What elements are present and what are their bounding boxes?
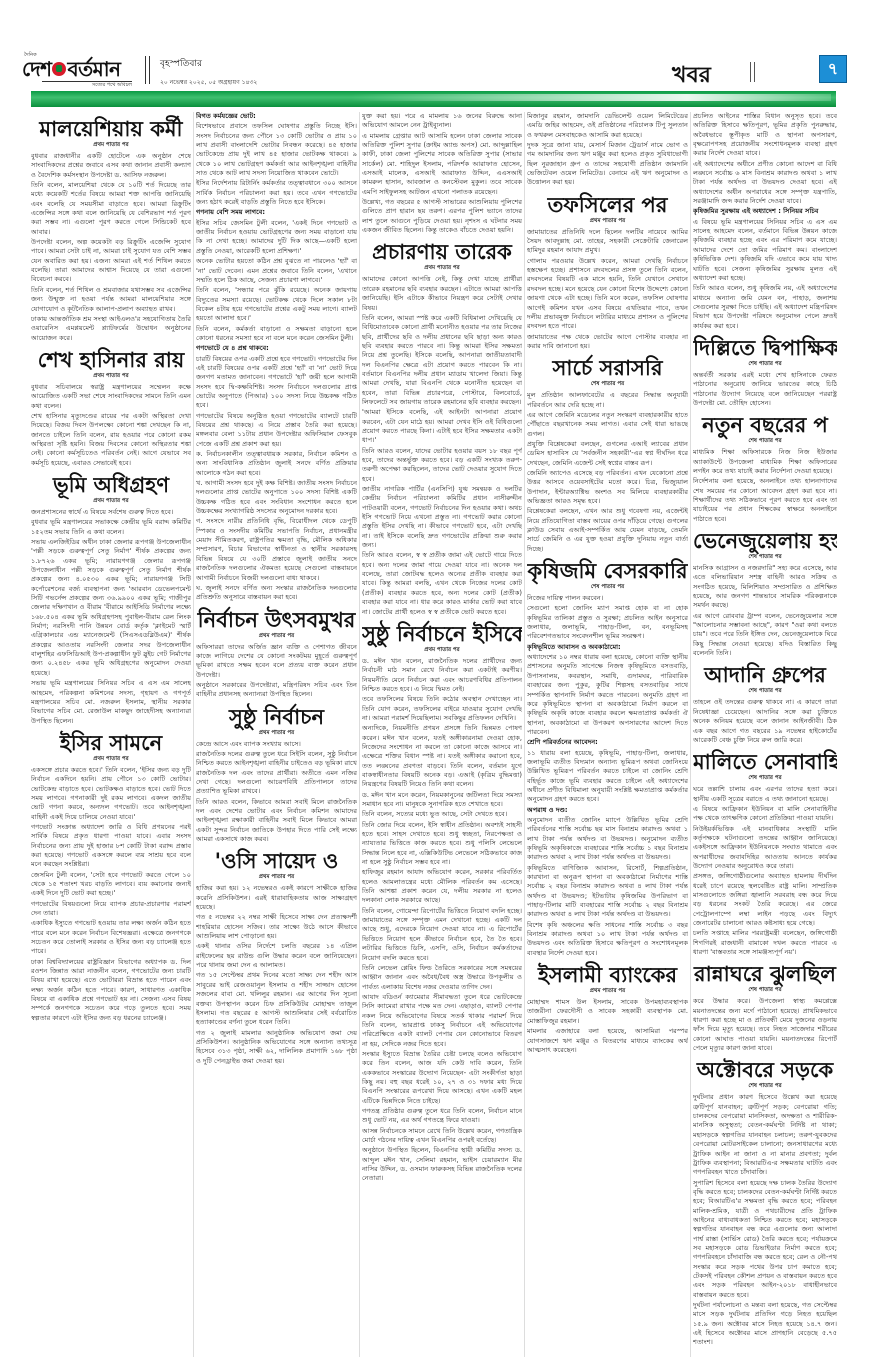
- bangladesh-map-emblem-icon: [52, 62, 66, 76]
- paragraph: তিনি জোর দিয়ে বলেন, ইসি স্বাধীন প্রতিষ্…: [362, 821, 522, 868]
- paragraph: তিনি বলেন, সত্যের মধ্যে ভুত আছে, সেটা দে…: [362, 810, 522, 819]
- paragraph: উল্লেখ্য, গত বছরের ৫ আগস্ট সাভারের আশুলি…: [362, 198, 522, 235]
- article-mali: মালিতে সেনাবাহিনীর শেষ পাতার পর ঘরে তল্ল…: [693, 749, 837, 957]
- continued-label: প্রথম পাতার পর: [527, 218, 688, 226]
- column-divider: [690, 112, 691, 1357]
- article-schedule: তফসিলের পর প্রথম পাতার পর জামায়াতের প্র…: [527, 192, 688, 351]
- paragraph: প্রসঙ্গত, জঙ্গিগোষ্ঠীগুলোর অব্যাহত হামলা…: [693, 872, 837, 928]
- header-green-band: [31, 91, 836, 107]
- subheading: শ্রেণি পরিবর্তনের আবেদন:: [527, 738, 688, 747]
- paragraph: অন্যদিকে, নিয়মনীতি প্রণয়ন প্রসঙ্গে তিন…: [362, 724, 522, 789]
- paragraph: জামায়াতের প্রতিনিধি দলে ছিলেন দলটির নায…: [527, 228, 688, 256]
- paragraph: গণতন্ত্র প্রতিষ্ঠার গুরুত্ব তুলে ধরে তিন…: [362, 1107, 522, 1126]
- article-agri-land: কৃষিজমি বেসরকারি শেষ পাতার পর নিজের দায়…: [527, 558, 688, 958]
- article-loan-case-continued: মিজানুর রহমান, জামদানি ডেভিলেন্ট ওয়েল ল…: [527, 112, 688, 188]
- article-tarek-campaign: প্রচারণায় তারেক প্রথম পাতার পর আমাদের ক…: [362, 239, 522, 616]
- paragraph: কৃষিভূমিতে বাণিজ্যিক আবাসন, রিসোর্ট, শিল…: [527, 864, 688, 920]
- headline: অক্টোবরে সড়কে: [693, 1057, 837, 1082]
- paragraph: আমাদের কোনো আপত্তি নেই, কিন্তু দেখা যাচ্…: [362, 275, 522, 312]
- paragraph: চারটি বিষয়ের ওপর একটি প্রশ্নে হবে গণভোট…: [196, 355, 357, 411]
- paragraph: ইসির সচিব জেসমিন টুলী বলেন, 'একই দিনে গণ…: [196, 219, 357, 256]
- headline: ইসির সামনে: [31, 730, 191, 755]
- paragraph: অনুষ্ঠানে উপস্থিত ছিলেন, বিএনপির স্থায়ী…: [362, 1146, 522, 1183]
- subheading: অপরাধ ও দণ্ড:: [527, 806, 688, 815]
- paragraph: ইসির নির্দেশনায় রিটার্নিং কর্মকর্তার তত…: [196, 179, 357, 207]
- paragraph: উপদেষ্টা বলেন, অল্প কয়েকটা বড় রিক্রুটি…: [31, 238, 191, 285]
- continued-label: প্রথম পাতার পর: [362, 265, 522, 273]
- continued-label: শেষ পাতার পর: [693, 987, 837, 995]
- continued-label: প্রথম পাতার পর: [31, 373, 191, 381]
- article-delhi-bilateral: দিল্লিতে দ্বিপাক্ষিক শেষ পাতার পর অন্তর্…: [693, 335, 837, 408]
- date: ২০ নভেম্বর ২০২৫, ০৫ অগ্রহায়ণ ১৪৩২: [160, 77, 257, 88]
- headline: প্রচারণায় তারেক: [362, 239, 522, 264]
- paragraph: অনুষ্ঠানে সরকারের উপদেষ্টারা, মন্ত্রিপরি…: [196, 681, 357, 700]
- paragraph: একাধিক ইস্যুতে গণভোট হওয়ায় তার লক্ষ্য …: [31, 919, 191, 956]
- paragraph: অনুমোদন ব্যতীত জোনিং ম্যাপে উল্লিখিত ভূম…: [527, 816, 688, 863]
- paragraph: তিনি বলেন, 'সন্ধ্যার পরে ঝুঁকি রয়েছে। অ…: [196, 286, 357, 323]
- section-divider: [750, 62, 755, 82]
- paragraph: ঘ. জুলাই সনদে বর্ণিত অন্য সংস্কার রাজনৈত…: [196, 584, 357, 603]
- headline: কৃষিজমি বেসরকারি: [527, 558, 688, 583]
- paragraph: আসন্ন নির্বাচনকে সামনে রেখে তিনি উল্লেখ …: [362, 1127, 522, 1146]
- article-islami-bank: ইসলামী ব্যাংকের প্রথম পাতার পর মোহাম্মদ …: [527, 962, 688, 1055]
- article-ec-front: ইসির সামনে প্রথম পাতার পর একসঙ্গে প্রচার…: [31, 730, 191, 1023]
- paragraph: তিনি বলেন, কর্মকর্তা বাড়ানো ও সক্ষমতা ব…: [196, 325, 357, 344]
- paragraph: বুধবার রাজধানীর একটি হোটেলে এক অনুষ্ঠান …: [31, 152, 191, 180]
- continued-label: প্রথম পাতার পর: [31, 756, 191, 764]
- paragraph: তিনি লেভেল প্লেয়িং ফিল্ড তৈরিতে সরকারের…: [362, 964, 522, 992]
- paragraph: প্রযুক্তি বিশ্লেষকেরা বলছেন, গুগলের এআই …: [527, 440, 688, 468]
- continued-label: শেষ পাতার পর: [693, 361, 837, 369]
- paragraph: অন্তর্বর্তী সরকার এরই মধ্যে শেখ হাসিনাকে…: [693, 371, 837, 408]
- article-fair-election: সুষ্ঠু নির্বাচন প্রথম পাতার পর কেন্দ্রে …: [196, 704, 357, 845]
- headline: 'ওসি সায়েদ ও: [196, 848, 357, 873]
- continued-label: প্রথম পাতার পর: [196, 633, 357, 641]
- article-venezuela: ভেনেজুয়েলায় হস্তক্ষেপ শেষ পাতার পর মান…: [693, 528, 837, 658]
- page-number-badge: ৭: [819, 55, 847, 83]
- article-malaysia-workers: মালয়েশিয়ায় কর্মী প্রথম পাতার পর বুধবা…: [31, 116, 191, 343]
- paragraph: মোহাম্মদ শামস উল ইসলাম, সাবেক উপমহাব্যবস…: [527, 998, 688, 1026]
- paragraph: কেন্দ্রে আসে এবং ব্যাপক সংখ্যায় আসে।: [196, 740, 357, 749]
- paragraph: এর আগে জেমিনি মডেলের নতুন সংস্করণ ব্যবহা…: [527, 411, 688, 439]
- paragraph: ড. মঈন খান বলেন, রাজনৈতিক দলের প্রার্থীদ…: [362, 657, 522, 694]
- masthead-divider: [145, 56, 150, 84]
- paragraph: খ. আগামী সংসদ হবে দুই কক্ষ বিশিষ্ট। জাতী…: [196, 479, 357, 516]
- continued-label: প্রথম পাতার পর: [362, 647, 522, 655]
- article-kitchen: রান্নাঘরে ঝুলছিল শেষ পাতার পর করে উদ্ধার…: [693, 961, 837, 1053]
- subheading: গণনায় বেশি সময় লাগবে:: [196, 208, 357, 217]
- paragraph: তিনি আরও বলেন, যাদের ভোটার হওয়ার বয়স ১…: [362, 447, 522, 484]
- article-october-roads: অক্টোবরে সড়কে শেষ পাতার পর দুর্ঘটনার প্…: [693, 1057, 837, 1347]
- headline: নতুন বছরের প: [693, 412, 837, 437]
- paragraph: এই অধ্যাদেশের অধীনে প্রণীত কোনো আদেশ বা …: [693, 160, 837, 207]
- continued-label: প্রথম পাতার পর: [31, 498, 191, 506]
- subheading: গণভোটে যে ৪ প্রশ্ন থাকবে:: [196, 344, 357, 353]
- paragraph: ১১ ধারায় বলা হয়েছে, কৃষিভূমি, পাহাড়-ট…: [527, 749, 688, 805]
- subheading: বিগত কর্মযজ্ঞের ভোট:: [196, 112, 357, 121]
- continued-label: প্রথম পাতার পর: [196, 730, 357, 738]
- headline: মালিতে সেনাবাহিনীর: [693, 749, 837, 774]
- paragraph: দুদক সূত্রে জানা যায়, মেসার্স মিজান ট্র…: [527, 141, 688, 188]
- paragraph: বুধবার ভূমি মন্ত্রণালয়ের সভাকক্ষে কেন্দ…: [31, 518, 191, 537]
- continued-label: প্রথম পাতার পর: [527, 988, 688, 996]
- paragraph: ঢাকায় আন্তর্জাতিক শ্রম সংস্থা আইএলও'র স…: [31, 315, 191, 343]
- paragraph: দুর্ঘটনা পর্যালোচনা ও মন্তব্য বলা হয়েছে…: [693, 1301, 837, 1348]
- paragraph: এ মামলায় গ্রেপ্তার আট আসামি হলেন ঢাকা জ…: [362, 132, 522, 197]
- paragraph: 'আমরা ইসিকে বলেছি, এই আইনটা আপনারা প্রয়…: [362, 408, 522, 445]
- headline: তফসিলের পর: [527, 192, 688, 217]
- paragraph: মামলার এজাহারে বলা হয়েছে, আসামিরা পরস্প…: [527, 1027, 688, 1055]
- paragraph: জেসমিন টুলী বলেন, 'সেটা হবে গণভোট করতে গ…: [31, 871, 191, 899]
- paragraph: এ বিষয়ে ভূমি মন্ত্রণালয়ের সিনিয়র সচিব…: [693, 218, 837, 283]
- paragraph: একসঙ্গে প্রচার করতে হবে।' তিনি বলেন, 'ইস…: [31, 766, 191, 822]
- paragraph: এ বিষয়ে আফ্রিকান ইউনিয়ন বা মালি সেনাবা…: [693, 805, 837, 824]
- headline: নির্বাচন উৎসবমুখর: [196, 607, 357, 632]
- column-divider: [193, 112, 194, 1357]
- masthead: দৈনিক দেশবর্তমান সত্যের পথে অবিচল বৃহস্প…: [22, 52, 864, 88]
- dateline: বৃহস্পতিবার ২০ নভেম্বর ২০২৫, ০৫ অগ্রহায়…: [160, 56, 257, 88]
- paragraph: নিউইয়র্কভিত্তিক এই মানবাধিকার সংস্থাটি …: [693, 825, 837, 872]
- paragraph: গত ২ জুলাই মামলার আনুষ্ঠানিক অভিযোগ জমা …: [196, 1029, 357, 1066]
- paragraph: ঘরে তল্লাশি চালায় এবং এরপর তাদের হত্যা …: [693, 785, 837, 804]
- section-title: খবর: [672, 58, 711, 95]
- paragraph: অনেক ভোটার হয়তো কঠিন প্রশ্ন বুঝতে না পা…: [196, 257, 357, 285]
- paragraph: দুর্ঘটনার প্রধান কারণ হিসেবে উল্লেখ করা …: [693, 1093, 837, 1177]
- paragraph: তিনি বলেন, শর্ত শিথিল ও শ্রমবাজার যথাসম্…: [31, 286, 191, 314]
- paragraph: বুধবার সচিবালয়ে স্বরাষ্ট্র মন্ত্রণালয়ে…: [31, 383, 191, 411]
- column-4: মিজানুর রহমান, জামদানি ডেভিলেন্ট ওয়েল ল…: [527, 112, 688, 1357]
- paragraph: মূল প্রতিষ্ঠান আলফাবেটের এ বছরের সিদ্ধান…: [527, 391, 688, 410]
- headline: শেখ হাসিনার রায়: [31, 347, 191, 372]
- article-sheikh-hasina-verdict: শেখ হাসিনার রায় প্রথম পাতার পর বুধবার স…: [31, 347, 191, 468]
- paragraph: করে উদ্ধার করে। উপজেলা স্বাস্থ্য কমপ্লেক…: [693, 997, 837, 1053]
- headline: সুষ্ঠু নির্বাচন: [196, 704, 357, 729]
- paragraph: একই থানার ওসির নির্দেশে চলতি বছরের ১৪ এপ…: [196, 942, 357, 970]
- paper-name-part1: দেশ: [22, 57, 51, 81]
- article-ordinance-continued: প্রচলিত আইনের শাস্তির বিধান অনুসৃত হবে। …: [693, 112, 837, 331]
- paragraph: মানসিক আগ্রাসন ও নজরদারি" সহ্য করে এসেছে…: [693, 564, 837, 611]
- paragraph: তিনি আরও বলেন, কিভাবে আমরা সবাই মিলে রাজ…: [196, 798, 357, 845]
- paragraph: গণভোটের বিষয়গুলো নিয়ে ব্যাপক প্রচার-প্…: [31, 900, 191, 919]
- tagline: সত্যের পথে অবিচল: [42, 81, 132, 88]
- continued-label: শেষ পাতার পর: [693, 554, 837, 562]
- paragraph: ক. নির্বাচনকালীন তত্ত্বাবধায়ক সরকার, নি…: [196, 450, 357, 478]
- headline: ভূমি অধিগ্রহণ: [31, 472, 191, 497]
- paragraph: তবে তফসিলের বিষয়ে তিনি কঠোর অবস্থান দেখ…: [362, 695, 522, 723]
- headline: আদানি গ্রুপের: [693, 662, 837, 687]
- paragraph: গত ১৫ সেপ্টেম্বর প্রথম দিনের মতো সাক্ষ্য…: [196, 971, 357, 1027]
- paragraph: নিজের দায়িত্ব পালন করবেন।: [527, 594, 688, 603]
- paragraph: হাজির করা হয়। ১২ নভেম্বরও একই কারণে সাক…: [196, 884, 357, 912]
- column-1: মালয়েশিয়ায় কর্মী প্রথম পাতার পর বুধবা…: [31, 112, 191, 1357]
- article-new-year: নতুন বছরের প শেষ পাতার পর মাধ্যমিক শিক্ষ…: [693, 412, 837, 524]
- article-adani: আদানি গ্রুপের শেষ পাতার পর তাহলে ওই তদন্…: [693, 662, 837, 745]
- paragraph: মিজানুর রহমান, জামদানি ডেভিলেন্ট ওয়েল ল…: [527, 112, 688, 140]
- paragraph: সংস্কার ইস্যুতে বিভ্রান্ত তৈরির চেষ্টা চ…: [362, 1050, 522, 1106]
- article-search-direct: সার্চে সরাসরি শেষ পাতার পর মূল প্রতিষ্ঠা…: [527, 355, 688, 554]
- paragraph: গ. সংসদে নারীর প্রতিনিধি বৃদ্ধি, বিরোধীদ…: [196, 517, 357, 582]
- paragraph: বিশেষভাবে প্রবাসে তফসিল ঘোষণার প্রস্তুতি…: [196, 122, 357, 178]
- continued-label: প্রথম পাতার পর: [196, 874, 357, 882]
- subheading: কৃষিভূমিতে আবাসন ও অবকাঠামো:: [527, 643, 688, 652]
- paragraph: সেগুলো হলো জোনিং ম্যাপ সমাপ্ত হোক বা না …: [527, 604, 688, 641]
- continued-label: শেষ পাতার পর: [693, 1083, 837, 1091]
- headline: রান্নাঘরে ঝুলছিল: [693, 961, 837, 986]
- paper-name-part2: বর্তমান: [67, 57, 120, 81]
- column-5: প্রচলিত আইনের শাস্তির বিধান অনুসৃত হবে। …: [693, 112, 837, 1357]
- paragraph: তিনি বলেন, আমরা স্পষ্ট করে একটি বিধিমালা…: [362, 314, 522, 407]
- paragraph: চলতি সপ্তাহে মালির পররাষ্ট্রমন্ত্রী বলেছ…: [693, 929, 837, 957]
- column-divider: [524, 112, 525, 1357]
- paragraph: ড. মঈন খান মনে করেন, নিয়মকানুনের জটিলতা…: [362, 791, 522, 810]
- paragraph: নির্দেশনায় বলা হয়েছে, অনলাইনে তথ্য হাল…: [693, 477, 837, 524]
- headline: মালয়েশিয়ায় কর্মী: [31, 116, 191, 141]
- paragraph: এর আগে রোববার ট্রাম্প বলেন, ভেনেজুয়েলার…: [693, 612, 837, 659]
- column-2: বিগত কর্মযজ্ঞের ভোট: বিশেষভাবে প্রবাসে ত…: [196, 112, 357, 1357]
- paragraph: হাফিজুর রহমান আযাদ অভিযোগ করেন, সরকার পর…: [362, 868, 522, 905]
- newspaper-logo: দৈনিক দেশবর্তমান সত্যের পথে অবিচল: [22, 52, 142, 88]
- headline: দিল্লিতে দ্বিপাক্ষিক: [693, 335, 837, 360]
- headline: সার্চে সরাসরি: [527, 355, 688, 380]
- paragraph: সভায় এলজিইডির অধীন ঢাকা জেলার রূপগঞ্জ উ…: [31, 538, 191, 678]
- paragraph: জাতীয় নাগরিক পার্টির (এনসিপি) যুগ্ম সমন…: [362, 485, 522, 550]
- paragraph: সুপারিশ হিসেবে বলা হয়েছে দক্ষ চালক তৈরি…: [693, 1179, 837, 1300]
- paragraph: প্রচলিত আইনের শাস্তির বিধান অনুসৃত হবে। …: [693, 112, 837, 159]
- paragraph: জনপ্রশাসনের স্বার্থে এ বিষয়ে সর্বশেষ গু…: [31, 508, 191, 517]
- paragraph: শেখ হাসিনার মৃত্যুদণ্ডের রায়ের পর একটা …: [31, 412, 191, 468]
- subheading: কৃষিজমির সুরক্ষায় এই অধ্যাদেশ : সিনিয়র…: [693, 207, 837, 216]
- paragraph: ঢাকা বিশ্ববিদ্যালয়ের রাষ্ট্রবিজ্ঞান বিভ…: [31, 958, 191, 1023]
- continued-label: শেষ পাতার পর: [693, 775, 837, 783]
- paragraph: যুক্ত করা হয়। পরে এ মামলায় ১৬ জনের বির…: [362, 112, 522, 131]
- paragraph: বিশেষ কৃষি অঞ্চলের ক্ষতি সাধনের শাস্তি স…: [527, 921, 688, 958]
- article-land-acquisition: ভূমি অধিগ্রহণ প্রথম পাতার পর জনপ্রশাসনের…: [31, 472, 191, 726]
- paragraph: তিনি বলেন, গোয়েন্দা রিপোর্টের ভিত্তিতে …: [362, 907, 522, 963]
- paragraph: মাধ্যমিক শিক্ষা অফিসারকে নিজ নিজ ইউজার অ…: [693, 448, 837, 476]
- paragraph: তিনি আরও বলেন, শুধু কৃষিজমি নয়, এই অধ্য…: [693, 284, 837, 331]
- headline: ইসলামী ব্যাংকের: [527, 962, 688, 987]
- continued-label: শেষ পাতার পর: [693, 438, 837, 446]
- paragraph: গণভোট সংক্রান্ত অধ্যাদেশ জারি ও বিধি প্র…: [31, 823, 191, 870]
- paragraph: অধ্যাদেশের ১০ নম্বর ধারায় বলা হয়েছে, ক…: [527, 653, 688, 737]
- paragraph: বিশ্লেষকেরা বলছেন, এখন আর শুধু গবেষণা নয…: [527, 507, 688, 554]
- continued-label: শেষ পাতার পর: [693, 688, 837, 696]
- paragraph: তিনি বলেন, মালয়েশিয়া থেকে যে ১০টি শর্ত…: [31, 181, 191, 237]
- paragraph: রাজনৈতিক দলের গুরুত্ব তুলে ধরে সিইসি বলে…: [196, 750, 357, 797]
- continued-label: প্রথম পাতার পর: [31, 142, 191, 150]
- headline: ভেনেজুয়েলায় হস্তক্ষেপ: [693, 528, 837, 553]
- weekday: বৃহস্পতিবার: [160, 56, 257, 71]
- continued-label: শেষ পাতার পর: [527, 381, 688, 389]
- paper-name: দেশবর্তমান: [22, 58, 120, 80]
- paragraph: জেমিনি অ্যাপেও এসেছে বড় পরিবর্তন। এখন য…: [527, 469, 688, 506]
- paragraph: জামায়াতের পক্ষ থেকে ভোটের আগে পোস্টার ব…: [527, 333, 688, 352]
- column-3: যুক্ত করা হয়। পরে এ মামলায় ১৬ জনের বির…: [362, 112, 522, 1357]
- continued-label: শেষ পাতার পর: [527, 584, 688, 592]
- article-tribunal-continued: যুক্ত করা হয়। পরে এ মামলায় ১৬ জনের বির…: [362, 112, 522, 235]
- headline: সুষ্ঠু নির্বাচনে ইসিকে: [362, 621, 522, 646]
- paragraph: গোলাম পরওয়ার উল্লেখ করেন, আমরা দেখছি নি…: [527, 257, 688, 332]
- paragraph: সভায় ভূমি মন্ত্রণালয়ের সিনিয়র সচিব এ …: [31, 679, 191, 726]
- article-ec-fair-election: সুষ্ঠু নির্বাচনে ইসিকে প্রথম পাতার পর ড.…: [362, 621, 522, 1184]
- article-festive-election: নির্বাচন উৎসবমুখর প্রথম পাতার পর অফিসারর…: [196, 607, 357, 700]
- paragraph: গত ৫ নভেম্বর ২২ নম্বর সাক্ষী হিসেবে সাক্…: [196, 913, 357, 941]
- paragraph: তিনি আরও বলেন, স্ব স্ব প্রতীক জামা এই ভো…: [362, 551, 522, 616]
- paragraph: আযাদ বডিওর্ন ক্যামেরার সীমাবদ্ধতা তুলে ধ…: [362, 993, 522, 1049]
- paragraph: গণভোটের বিষয়ে অনুষ্ঠিত হওয়া গণভোটের ব্…: [196, 412, 357, 449]
- article-referendum-continued: বিগত কর্মযজ্ঞের ভোট: বিশেষভাবে প্রবাসে ত…: [196, 112, 357, 603]
- article-oc-sayed: 'ওসি সায়েদ ও প্রথম পাতার পর হাজির করা হ…: [196, 848, 357, 1066]
- paragraph: অফিসাররা তাদের অর্জিত জ্ঞান ব্যক্তি ও পে…: [196, 643, 357, 680]
- column-divider: [359, 112, 360, 1357]
- paragraph: তাহলে ওই তদন্তের গুরুত্ব থাকবে না। এ কার…: [693, 698, 837, 745]
